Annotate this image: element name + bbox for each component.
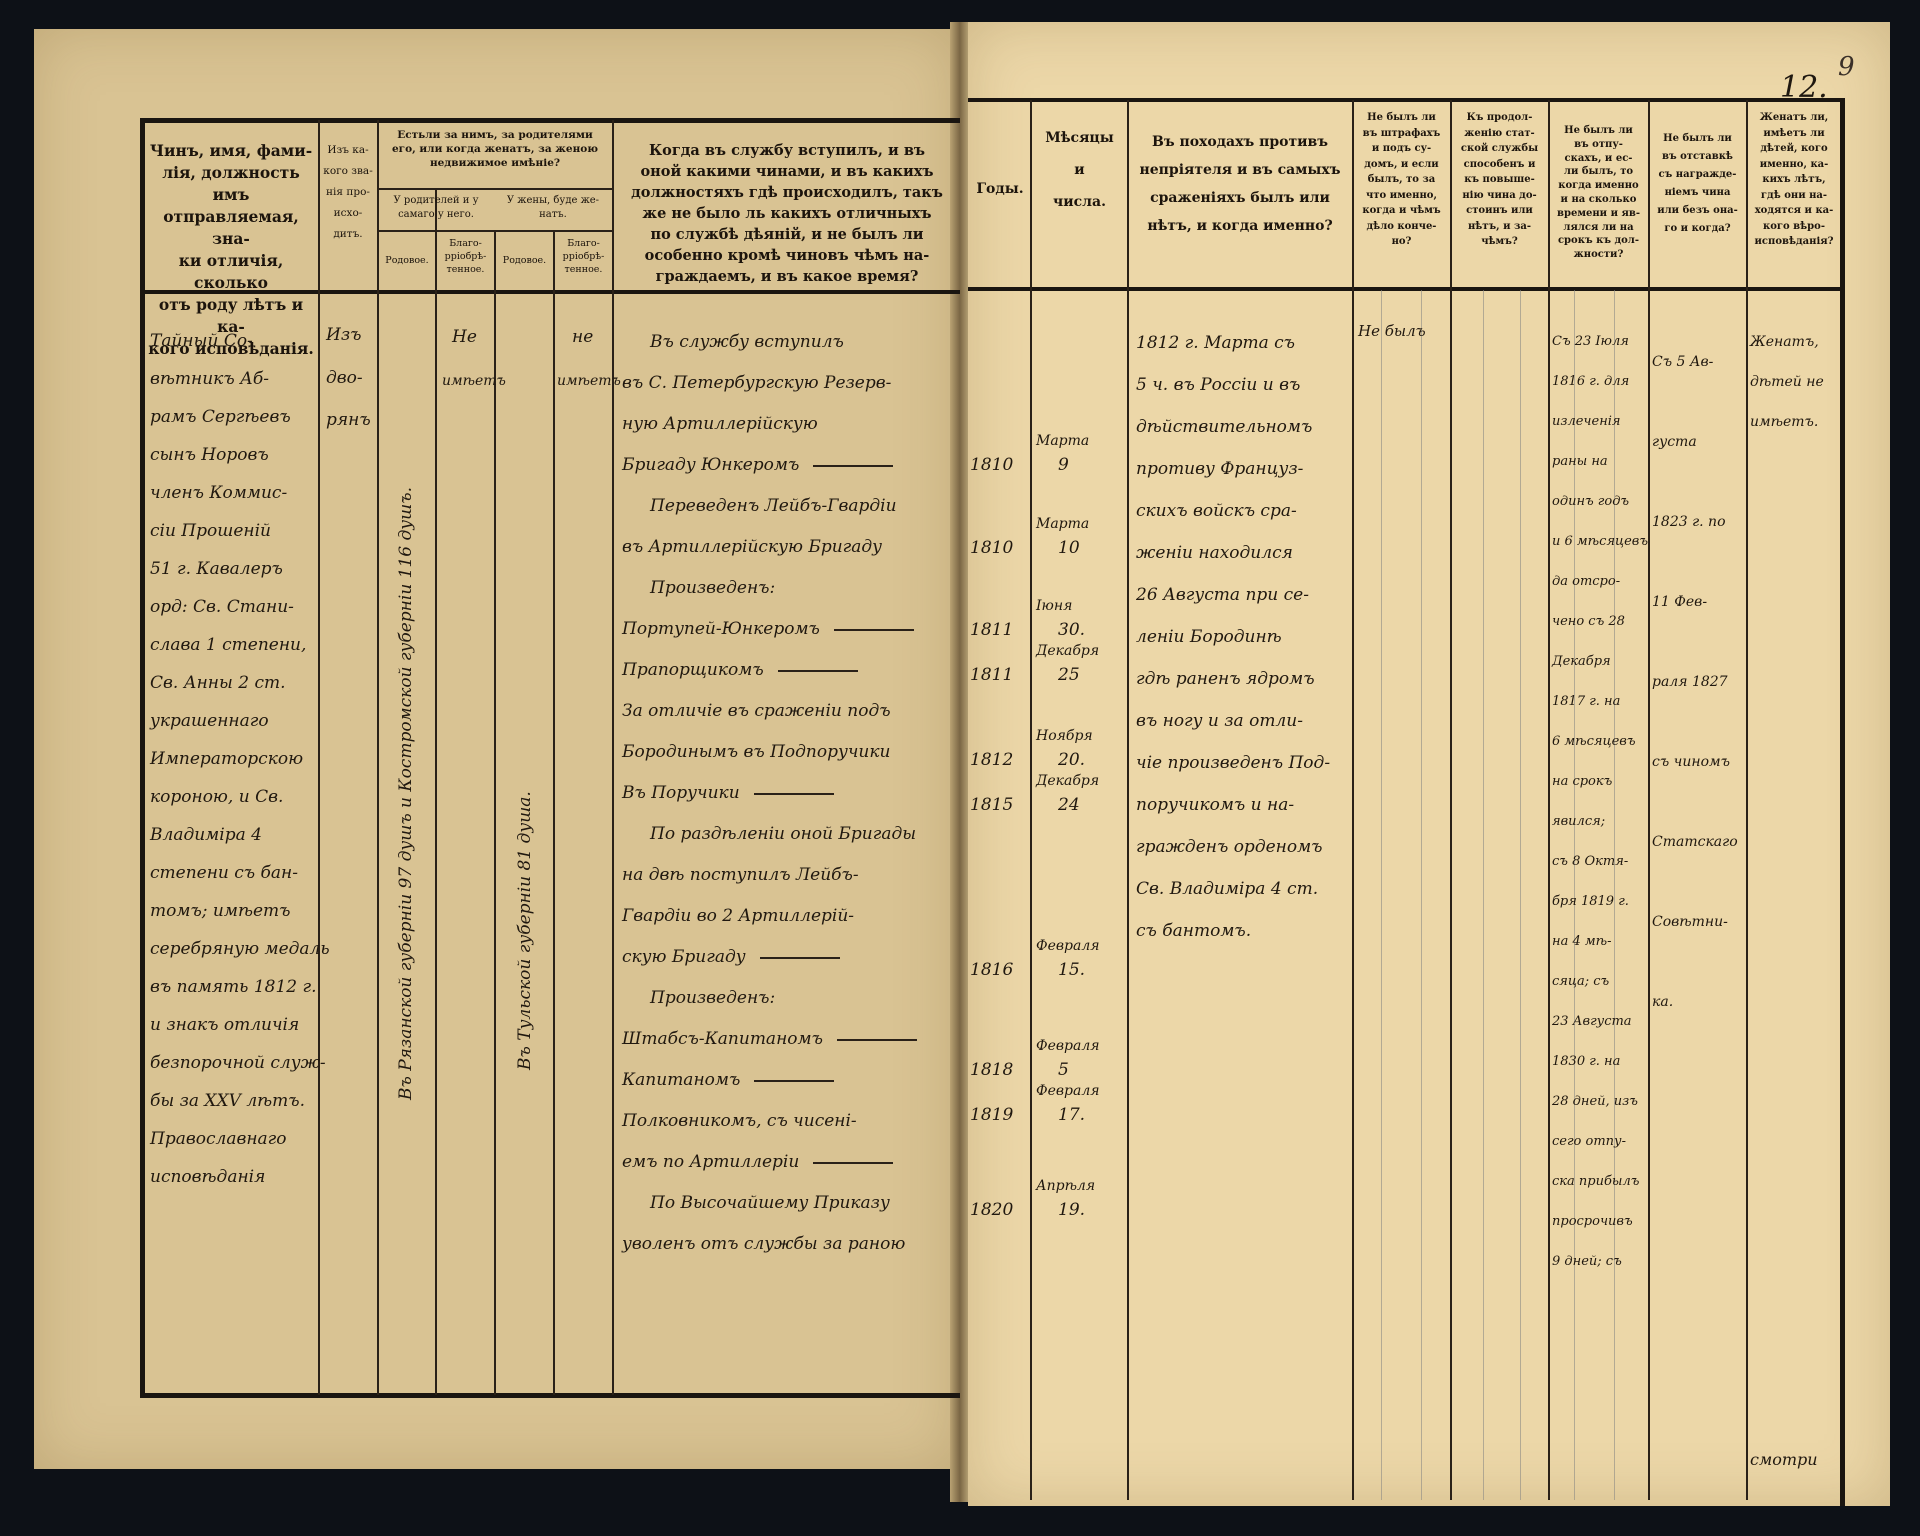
right-border [1840,98,1845,1506]
date-year: 1811 [970,665,1013,685]
date-year: 1819 [970,1105,1013,1125]
dash-rule [754,1080,834,1082]
service-line: За отличіе въ сраженіи подъ [622,691,952,732]
date-year: 1815 [970,795,1013,815]
service-line: на двѣ поступилъ Лейбъ- [622,855,952,896]
rank-name-line: томъ; имѣетъ [150,892,316,930]
rank-name-line: исповѣданія [150,1158,316,1196]
ruled-line [1483,290,1484,1500]
date-day: 30. [1058,620,1085,640]
leave-line: бря 1819 г. [1552,882,1647,922]
dash-rule [813,465,893,467]
estate-parents-ancestral: Въ Рязанской губерніи 97 душъ и Костромс… [396,487,416,1100]
leave-line: 1830 г. на [1552,1042,1647,1082]
header-years: Годы. [970,180,1030,199]
service-line: въ Артиллерійскую Бригаду [622,527,952,568]
leave-line: одинъ годъ [1552,482,1647,522]
ruled-line [1421,290,1422,1500]
rank-name-line: Православнаго [150,1120,316,1158]
dash-rule [760,957,840,959]
campaign-line: въ ногу и за отли- [1136,700,1348,742]
col-divider [318,120,320,1395]
campaigns-column: 1812 г. Марта съ 5 ч. въ Россіи и въ дѣй… [1136,322,1348,952]
date-year: 1820 [970,1200,1013,1220]
leave-line: явился; [1552,802,1647,842]
campaign-line: 1812 г. Марта съ [1136,322,1348,364]
service-line: Штабсъ-Капитаномъ [622,1019,952,1060]
service-line: въ С. Петербургскую Резерв- [622,363,952,404]
campaign-line: 26 Августа при се- [1136,574,1348,616]
date-month: Декабря [1036,773,1099,789]
date-day: 9 [1058,455,1069,475]
date-year: 1816 [970,960,1013,980]
service-line: Произведенъ: [622,978,952,1019]
leave-line: 28 дней, изъ [1552,1082,1647,1122]
header-acquired-2: Благо- pріобрѣ- тенное. [555,238,612,276]
header-estate-parents: У родителей и у самаго у него. [380,194,492,221]
row-divider [377,230,612,232]
col-divider [1648,100,1650,1500]
header-ancestral-1: Родовое. [379,255,435,268]
leave-line: да отсро- [1552,562,1647,602]
date-month: Іюня [1036,598,1072,614]
rank-name-line: короною, и Св. [150,778,316,816]
col-divider [1450,100,1452,1500]
service-line: Прапорщикомъ [622,650,952,691]
retired-line: съ чиномъ [1652,722,1744,802]
retired-line: раля 1827 [1652,642,1744,722]
retired-line: Совѣтни- [1652,882,1744,962]
service-line: Переведенъ Лейбъ-Гвардіи [622,486,952,527]
leave-line: 23 Августа [1552,1002,1647,1042]
service-line: Въ Поручики [622,773,952,814]
campaign-line: съ бантомъ. [1136,910,1348,952]
date-year: 1818 [970,1060,1013,1080]
retired-column: Съ 5 Ав-густа1823 г. по11 Фев-раля 1827с… [1652,322,1744,1042]
retired-line: 1823 г. по [1652,482,1744,562]
rank-name-line: безпорочной служ- [150,1044,316,1082]
col-divider [1030,100,1032,1500]
service-line: Гвардіи во 2 Артиллерій- [622,896,952,937]
rank-name-line: Императорскою [150,740,316,778]
date-year: 1811 [970,620,1013,640]
date-month: Марта [1036,433,1089,449]
header-acquired-1: Благо- pріобрѣ- тенное. [437,238,494,276]
campaign-line: леніи Бородинѣ [1136,616,1348,658]
origin-line: Изъ [326,325,361,345]
service-line: емъ по Артиллеріи [622,1142,952,1183]
col-divider [435,190,437,1395]
leave-line: Съ 23 Іюля [1552,322,1647,362]
col-divider [1352,100,1354,1500]
campaign-line: поручикомъ и на- [1136,784,1348,826]
ruled-line [1520,290,1521,1500]
rank-name-line: Св. Анны 2 ст. [150,664,316,702]
leave-line: чено съ 28 [1552,602,1647,642]
dash-rule [837,1039,917,1041]
date-day: 5 [1058,1060,1069,1080]
campaign-line: противу Француз- [1136,448,1348,490]
continuation-word: смотри [1750,1450,1818,1469]
campaign-line: чіе произведенъ Под- [1136,742,1348,784]
header-campaigns: Въ походахъ противъ непріятеля и въ самы… [1130,128,1350,240]
leave-line: 9 дней; съ [1552,1242,1647,1282]
retired-line: густа [1652,402,1744,482]
leave-line: излеченія [1552,402,1647,442]
date-month: Декабря [1036,643,1099,659]
retired-line: 11 Фев- [1652,562,1744,642]
estate-acquired-2: не [572,327,593,347]
rank-name-line: сынъ Норовъ [150,436,316,474]
service-line: Портупей-Юнкеромъ [622,609,952,650]
leave-line: 1816 г. для [1552,362,1647,402]
campaign-line: гражденъ орденомъ [1136,826,1348,868]
rank-name-line: и знакъ отличія [150,1006,316,1044]
rank-name-line: членъ Коммис- [150,474,316,512]
date-month: Ноября [1036,728,1093,744]
date-day: 17. [1058,1105,1085,1125]
right-top-rule [968,98,1844,102]
service-line: уволенъ отъ службы за раною [622,1224,952,1265]
campaign-line: дѣйствительномъ [1136,406,1348,448]
rank-name-line: степени съ бан- [150,854,316,892]
leave-line: сяца; съ [1552,962,1647,1002]
rank-name-line: рамъ Сергѣевъ [150,398,316,436]
campaign-line: гдѣ раненъ ядромъ [1136,658,1348,700]
header-estate: Естьли за нимъ, за родителями его, или к… [380,128,610,171]
service-record-column: Въ службу вступилъвъ С. Петербургскую Ре… [622,322,952,1265]
rank-name-line: бы за XXV лѣтъ. [150,1082,316,1120]
header-penalties: Не былъ ли въ штрафахъ и подъ су- домъ, … [1354,110,1449,250]
ruled-line [1381,290,1382,1500]
leave-line: на 4 мѣ- [1552,922,1647,962]
col-divider [612,120,614,1395]
campaign-line: 5 ч. въ Россіи и въ [1136,364,1348,406]
service-line: Произведенъ: [622,568,952,609]
leave-line: просрочивъ [1552,1202,1647,1242]
rank-name-line: слава 1 степени, [150,626,316,664]
leave-line: сего отпу- [1552,1122,1647,1162]
leave-line: ска прибылъ [1552,1162,1647,1202]
col-divider [1548,100,1550,1500]
date-year: 1810 [970,538,1013,558]
dash-rule [813,1162,893,1164]
leave-line: 6 мѣсяцевъ [1552,722,1647,762]
service-line: Въ службу вступилъ [622,322,952,363]
header-origin: Изъ ка- кого зва- нія про- исхо- дитъ. [320,140,376,245]
rank-name-line: въ память 1812 г. [150,968,316,1006]
date-month: Марта [1036,516,1089,532]
married-line: имѣетъ. [1750,402,1838,442]
rank-name-line: Владиміра 4 [150,816,316,854]
rank-name-column: Тайный Со- вѣтникъ Аб- рамъ Сергѣевъ сын… [150,322,316,1196]
row-divider [377,188,612,190]
header-leave: Не былъ ли въ отпу- скахъ, и ес- ли былъ… [1550,124,1647,262]
rank-name-line: сіи Прошеній [150,512,316,550]
rank-name-line: орд: Св. Стани- [150,588,316,626]
rank-name-line: 51 г. Кавалеръ [150,550,316,588]
header-service-record: Когда въ службу вступилъ, и въ оной каки… [618,140,956,287]
col-divider [377,120,379,1395]
date-day: 15. [1058,960,1085,980]
header-estate-wife: У жены, буде же- натъ. [497,194,609,221]
married-line: дѣтей не [1750,362,1838,402]
date-year: 1810 [970,455,1013,475]
leave-line: съ 8 Октя- [1552,842,1647,882]
dash-rule [778,670,858,672]
col-divider [553,232,555,1395]
retired-line: Статскаго [1652,802,1744,882]
campaign-line: Св. Владиміра 4 ст. [1136,868,1348,910]
service-line: По раздѣленіи оной Бригады [622,814,952,855]
service-line: Капитаномъ [622,1060,952,1101]
married-line: Женатъ, [1750,322,1838,362]
date-day: 24 [1058,795,1080,815]
rank-name-line: Тайный Со- [150,322,316,360]
header-ancestral-2: Родовое. [496,255,553,268]
estate-acquired-1: имѣетъ [442,373,506,389]
leave-line: и 6 мѣсяцевъ [1552,522,1647,562]
married-column: Женатъ,дѣтей неимѣетъ. [1750,322,1838,442]
date-month: Февраля [1036,938,1100,954]
dash-rule [834,629,914,631]
header-capable: Къ продол- женію стат- ской службы спосо… [1452,110,1547,250]
origin-line: дво- [326,368,363,388]
dash-rule [754,793,834,795]
service-line: Полковникомъ, съ чисені- [622,1101,952,1142]
date-month: Февраля [1036,1083,1100,1099]
date-day: 19. [1058,1200,1085,1220]
origin-line: рянъ [326,410,371,430]
retired-line: ка. [1652,962,1744,1042]
service-line: По Высочайшему Приказу [622,1183,952,1224]
estate-acquired-1: Не [452,327,477,347]
estate-acquired-2: имѣетъ [557,373,621,389]
service-line: Бородинымъ въ Подпоручики [622,732,952,773]
page-number-pencil: 9 [1838,52,1855,82]
rank-name-line: вѣтникъ Аб- [150,360,316,398]
header-retired: Не былъ ли въ отставкѣ съ награжде- ніем… [1650,130,1745,238]
leave-line: раны на [1552,442,1647,482]
campaign-line: женіи находился [1136,532,1348,574]
leave-line: Декабря [1552,642,1647,682]
rank-name-line: серебряную медаль [150,930,316,968]
estate-wife-ancestral: Въ Тульской губерніи 81 душа. [515,791,535,1070]
date-month: Февраля [1036,1038,1100,1054]
leave-line: 1817 г. на [1552,682,1647,722]
retired-line: Съ 5 Ав- [1652,322,1744,402]
date-day: 10 [1058,538,1080,558]
rank-name-line: украшеннаго [150,702,316,740]
col-divider [1746,100,1748,1500]
service-line: скую Бригаду [622,937,952,978]
date-day: 20. [1058,750,1085,770]
col-divider [1127,100,1129,1500]
date-month: Апрѣля [1036,1178,1095,1194]
service-line: ную Артиллерійскую [622,404,952,445]
col-divider [494,232,496,1395]
service-line: Бригаду Юнкеромъ [622,445,952,486]
right-header-rule [968,287,1844,291]
header-married: Женатъ ли, имѣетъ ли дѣтей, кого именно,… [1748,110,1840,250]
campaign-line: скихъ войскъ сра- [1136,490,1348,532]
penalties-value: Не былъ [1358,322,1426,340]
leave-column: Съ 23 Іюля1816 г. дляизлеченіяраны наоди… [1552,322,1647,1282]
date-day: 25 [1058,665,1080,685]
leave-line: на срокъ [1552,762,1647,802]
header-months: Мѣсяцы и числа. [1032,130,1127,210]
date-year: 1812 [970,750,1013,770]
